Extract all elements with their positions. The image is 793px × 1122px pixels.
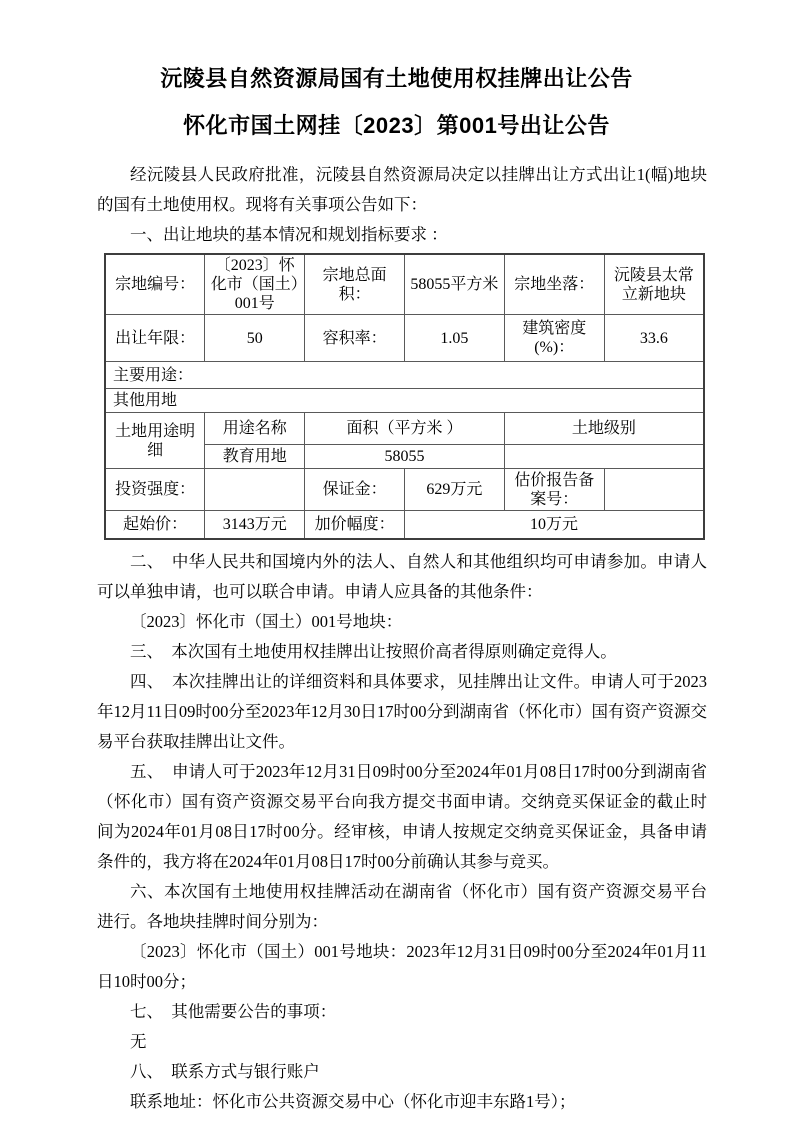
cell-building-density-label: 建筑密度(%)： xyxy=(504,315,604,362)
cell-increment-label: 加价幅度： xyxy=(305,511,405,539)
para-section3-highest-bidder: 三、 本次国有土地使用权挂牌出让按照价高者得原则确定竞得人。 xyxy=(97,637,707,667)
table-row: 出让年限： 50 容积率： 1.05 建筑密度(%)： 33.6 xyxy=(105,315,704,362)
cell-location-value: 沅陵县太常立新地块 xyxy=(604,254,704,315)
table-row: 主要用途： xyxy=(105,362,704,389)
cell-land-grade-value xyxy=(504,445,704,469)
cell-total-area-value: 58055平方米 xyxy=(404,254,504,315)
cell-land-use-detail-label: 土地用途明细 xyxy=(105,413,205,469)
cell-appraisal-record-no-value xyxy=(604,469,704,511)
cell-deposit-value: 629万元 xyxy=(404,469,504,511)
table-row: 土地用途明细 用途名称 面积（平方米 ） 土地级别 xyxy=(105,413,704,445)
cell-term-value: 50 xyxy=(205,315,305,362)
cell-use-name-value: 教育用地 xyxy=(205,445,305,469)
doc-body: 经沅陵县人民政府批准，沅陵县自然资源局决定以挂牌出让方式出让1(幅)地块的国有土… xyxy=(97,160,707,1117)
table-row: 其他用地 xyxy=(105,389,704,413)
cell-deposit-label: 保证金： xyxy=(305,469,405,511)
doc-title-line1: 沅陵县自然资源局国有土地使用权挂牌出让公告 xyxy=(0,0,793,96)
para-section2-applicants: 二、 中华人民共和国境内外的法人、自然人和其他组织均可申请参加。申请人可以单独申… xyxy=(97,547,707,607)
para-section5-application: 五、 申请人可于2023年12月31日09时00分至2024年01月08日17时… xyxy=(97,757,707,877)
cell-area-header: 面积（平方米 ） xyxy=(305,413,505,445)
cell-area-value: 58055 xyxy=(305,445,505,469)
cell-parcel-no-label: 宗地编号： xyxy=(105,254,205,315)
cell-location-label: 宗地坐落： xyxy=(504,254,604,315)
cell-increment-value: 10万元 xyxy=(404,511,704,539)
doc-title-line2: 怀化市国土网挂〔2023〕第001号出让公告 xyxy=(0,109,793,143)
table-row: 起始价： 3143万元 加价幅度： 10万元 xyxy=(105,511,704,539)
cell-other-land-label: 其他用地 xyxy=(105,389,704,413)
para-section7-other-matters: 七、 其他需要公告的事项： xyxy=(97,997,707,1027)
cell-investment-intensity-value xyxy=(205,469,305,511)
cell-plot-ratio-value: 1.05 xyxy=(404,315,504,362)
para-section4-documents: 四、 本次挂牌出让的详细资料和具体要求，见挂牌出让文件。申请人可于2023年12… xyxy=(97,667,707,757)
cell-starting-price-label: 起始价： xyxy=(105,511,205,539)
cell-parcel-no-value: 〔2023〕怀化市（国土）001号 xyxy=(205,254,305,315)
cell-appraisal-record-no-label: 估价报告备案号： xyxy=(504,469,604,511)
para-section8-contact: 八、 联系方式与银行账户 xyxy=(97,1057,707,1087)
para-parcel-001-schedule: 〔2023〕怀化市（国土）001号地块：2023年12月31日09时00分至20… xyxy=(97,937,707,997)
cell-use-name-header: 用途名称 xyxy=(205,413,305,445)
cell-building-density-value: 33.6 xyxy=(604,315,704,362)
parcel-info-table: 宗地编号： 〔2023〕怀化市（国土）001号 宗地总面积： 58055平方米 … xyxy=(104,253,705,540)
cell-main-use-label: 主要用途： xyxy=(105,362,704,389)
cell-starting-price-value: 3143万元 xyxy=(205,511,305,539)
para-contact-address: 联系地址：怀化市公共资源交易中心（怀化市迎丰东路1号）； xyxy=(97,1087,707,1117)
cell-term-label: 出让年限： xyxy=(105,315,205,362)
cell-land-grade-header: 土地级别 xyxy=(504,413,704,445)
table-row: 投资强度： 保证金： 629万元 估价报告备案号： xyxy=(105,469,704,511)
para-parcel-001-condition: 〔2023〕怀化市（国土）001号地块： xyxy=(97,607,707,637)
para-section6-listing-platform: 六、本次国有土地使用权挂牌活动在湖南省（怀化市）国有资产资源交易平台进行。各地块… xyxy=(97,877,707,937)
announcement-document-page: 沅陵县自然资源局国有土地使用权挂牌出让公告 怀化市国土网挂〔2023〕第001号… xyxy=(0,0,793,1122)
cell-total-area-label: 宗地总面积： xyxy=(305,254,405,315)
section1-heading: 一、出让地块的基本情况和规划指标要求 ： xyxy=(97,220,707,250)
para-none: 无 xyxy=(97,1027,707,1057)
cell-plot-ratio-label: 容积率： xyxy=(305,315,405,362)
intro-paragraph: 经沅陵县人民政府批准，沅陵县自然资源局决定以挂牌出让方式出让1(幅)地块的国有土… xyxy=(97,160,707,220)
cell-investment-intensity-label: 投资强度： xyxy=(105,469,205,511)
table-row: 宗地编号： 〔2023〕怀化市（国土）001号 宗地总面积： 58055平方米 … xyxy=(105,254,704,315)
